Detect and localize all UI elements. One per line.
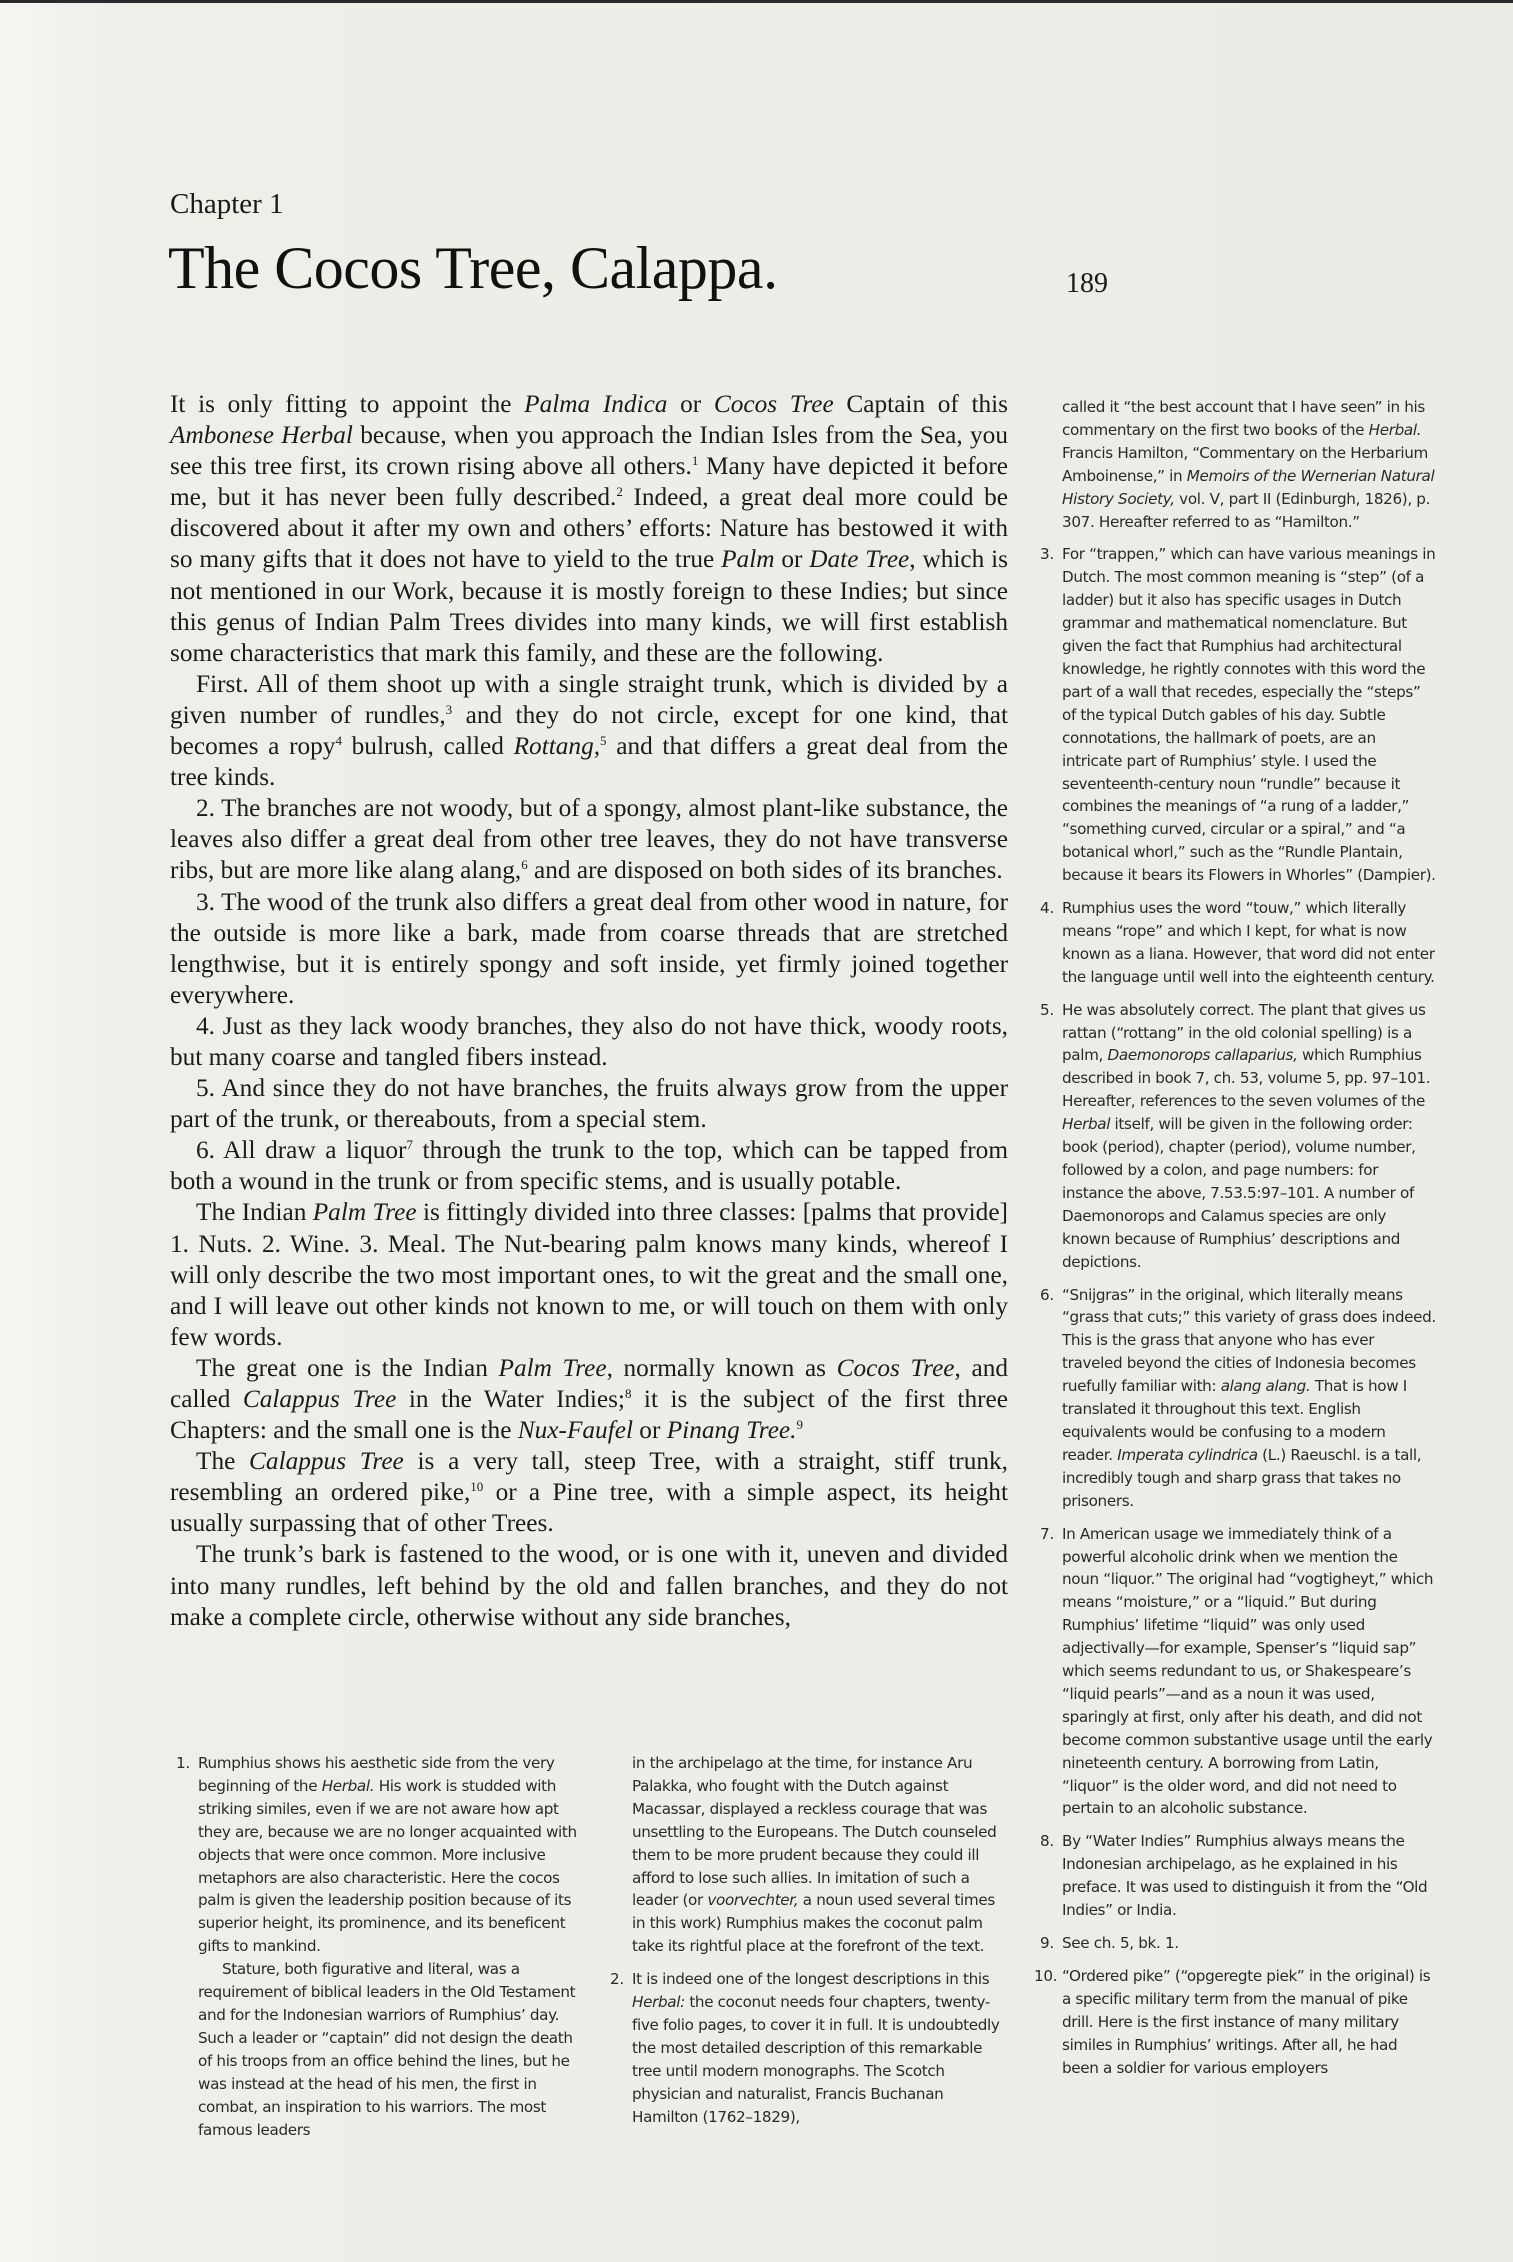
italic-term: Cocos Tree — [837, 1354, 955, 1382]
footnote-number: 6. — [1040, 1284, 1054, 1307]
text-run: Captain of this — [834, 390, 1008, 418]
footnote-number: 1. — [176, 1752, 190, 1775]
text-run: and are disposed on both sides of its br… — [528, 856, 1003, 884]
body-paragraph: 6. All draw a liquor7 through the trunk … — [170, 1135, 1008, 1197]
sidenote-column: called it “the best account that I have … — [1062, 396, 1436, 2089]
italic-term: Daemonorops callaparius, — [1108, 1046, 1298, 1064]
footnote-number: 10. — [1034, 1965, 1057, 1988]
footnote-paragraph: He was absolutely correct. The plant tha… — [1062, 999, 1436, 1274]
text-run: 5. And since they do not have branches, … — [170, 1074, 1008, 1133]
footnote: 9.See ch. 5, bk. 1. — [1062, 1932, 1436, 1955]
text-run: or — [775, 545, 810, 573]
italic-term: Cocos Tree — [714, 390, 834, 418]
italic-term: Herbal. — [1369, 421, 1422, 439]
footnote: 7.In American usage we immediately think… — [1062, 1523, 1436, 1821]
text-run: , normally known as — [607, 1354, 837, 1382]
italic-term: Nux-Faufel — [518, 1416, 633, 1444]
text-run: 6. All draw a liquor — [196, 1136, 406, 1164]
footnote-paragraph: in the archipelago at the time, for inst… — [632, 1752, 1012, 1958]
page-top-edge — [0, 0, 1513, 3]
italic-term: Palm Tree — [499, 1354, 607, 1382]
footnote-number: 3. — [1040, 543, 1054, 566]
body-paragraph: The trunk’s bark is fastened to the wood… — [170, 1539, 1008, 1632]
footnote-paragraph: “Ordered pike” (“opgeregte piek” in the … — [1062, 1965, 1436, 2080]
body-paragraph: The Indian Palm Tree is fittingly divide… — [170, 1197, 1008, 1352]
footnote-reference[interactable]: 9 — [796, 1417, 803, 1432]
text-run: in the archipelago at the time, for inst… — [632, 1754, 996, 1909]
text-run: The — [196, 1447, 249, 1475]
body-paragraph: First. All of them shoot up with a singl… — [170, 669, 1008, 793]
text-run: The Indian — [196, 1198, 313, 1226]
footnote: called it “the best account that I have … — [1062, 396, 1436, 533]
footnote-paragraph: By “Water Indies” Rumphius always means … — [1062, 1830, 1436, 1922]
italic-term: Palm — [721, 545, 774, 573]
text-run: His work is stud­ded with striking simil… — [198, 1777, 577, 1955]
footnote-number: 9. — [1040, 1932, 1054, 1955]
footnote: 6.“Snijgras” in the original, which lite… — [1062, 1284, 1436, 1513]
footnote-paragraph: Stature, both figurative and literal, wa… — [198, 1958, 580, 2141]
footnote-number: 5. — [1040, 999, 1054, 1022]
footnote: in the archipelago at the time, for inst… — [632, 1752, 1012, 1958]
text-run: By “Water Indies” Rumphius always means … — [1062, 1832, 1427, 1919]
footnotes-column-middle: in the archipelago at the time, for inst… — [632, 1752, 1012, 2139]
text-run: The trunk’s bark is fastened to the wood… — [170, 1540, 1008, 1630]
text-run: 4. Just as they lack woody branches, the… — [170, 1012, 1008, 1071]
footnote-paragraph: called it “the best account that I have … — [1062, 396, 1436, 533]
body-paragraph: The Calappus Tree is a very tall, steep … — [170, 1446, 1008, 1539]
text-run: The great one is the Indian — [196, 1354, 499, 1382]
body-paragraph: 5. And since they do not have branches, … — [170, 1073, 1008, 1135]
italic-term: Palma Indica — [524, 390, 667, 418]
footnote: 10.“Ordered pike” (“opgeregte piek” in t… — [1062, 1965, 1436, 2080]
page-number: 189 — [1066, 268, 1108, 300]
italic-term: Rottang, — [514, 732, 600, 760]
italic-term: Date Tree — [809, 545, 909, 573]
footnote-paragraph: Rumphius shows his aesthetic side from t… — [198, 1752, 580, 1958]
body-paragraph: It is only fitting to appoint the Palma … — [170, 389, 1008, 669]
italic-term: Herbal — [1062, 1115, 1110, 1133]
footnote-paragraph: It is indeed one of the longest descript… — [632, 1968, 1012, 2128]
footnote-paragraph: See ch. 5, bk. 1. — [1062, 1932, 1436, 1955]
italic-term: alang alang. — [1221, 1377, 1311, 1395]
chapter-label: Chapter 1 — [170, 188, 284, 221]
italic-term: Calappus Tree — [243, 1385, 397, 1413]
text-run: It is only fitting to appoint the — [170, 390, 524, 418]
footnote: 8.By “Water Indies” Rumphius always mean… — [1062, 1830, 1436, 1922]
text-run: See ch. 5, bk. 1. — [1062, 1934, 1179, 1952]
text-run: “Ordered pike” (“opgeregte piek” in the … — [1062, 1967, 1430, 2077]
main-body-text: It is only fitting to appoint the Palma … — [170, 389, 1008, 1633]
footnote: 1.Rumphius shows his aesthetic side from… — [198, 1752, 580, 2141]
footnotes-column-left: 1.Rumphius shows his aesthetic side from… — [198, 1752, 580, 2151]
footnote-paragraph: For “trappen,” which can have various me… — [1062, 543, 1436, 887]
text-run: In American usage we immediately think o… — [1062, 1525, 1433, 1818]
body-paragraph: 2. The branches are not woody, but of a … — [170, 793, 1008, 886]
italic-term: Herbal: — [632, 1993, 685, 2011]
body-paragraph: 4. Just as they lack woody branches, the… — [170, 1011, 1008, 1073]
italic-term: Imperata cylindrica — [1117, 1446, 1257, 1464]
text-run: For “trappen,” which can have various me… — [1062, 545, 1436, 884]
footnote: 3.For “trappen,” which can have various … — [1062, 543, 1436, 887]
footnote-number: 2. — [610, 1968, 624, 1991]
footnote-reference[interactable]: 10 — [470, 1479, 483, 1494]
italic-term: Herbal. — [322, 1777, 375, 1795]
italic-term: Palm Tree — [313, 1198, 417, 1226]
footnote-paragraph: In American usage we immediately think o… — [1062, 1523, 1436, 1821]
italic-term: Ambonese Herbal — [170, 421, 353, 449]
text-run: itself, will be given in the following o… — [1062, 1115, 1416, 1270]
footnote: 2.It is indeed one of the longest descri… — [632, 1968, 1012, 2128]
text-run: or — [667, 390, 713, 418]
text-run: 3. The wood of the trunk also differs a … — [170, 888, 1008, 1009]
chapter-title: The Cocos Tree, Calappa. — [168, 234, 778, 303]
text-run: Rumphius uses the word “touw,” which lit… — [1062, 899, 1435, 986]
text-run: It is indeed one of the longest descript… — [632, 1970, 989, 1988]
text-run: bulrush, called — [342, 732, 514, 760]
italic-term: voorvechter, — [707, 1891, 798, 1909]
footnote-number: 7. — [1040, 1523, 1054, 1546]
text-run: Stature, both figurative and literal, wa… — [198, 1960, 575, 2138]
footnote: 4.Rumphius uses the word “touw,” which l… — [1062, 897, 1436, 989]
footnote-number: 4. — [1040, 897, 1054, 920]
footnote: 5.He was absolutely correct. The plant t… — [1062, 999, 1436, 1274]
text-run: in the Water Indies; — [396, 1385, 625, 1413]
text-run: the coconut needs four chapters, twenty-… — [632, 1993, 1000, 2126]
footnote-number: 8. — [1040, 1830, 1054, 1853]
italic-term: Pinang Tree. — [667, 1416, 797, 1444]
italic-term: Calappus Tree — [249, 1447, 404, 1475]
footnote-paragraph: “Snijgras” in the original, which litera… — [1062, 1284, 1436, 1513]
body-paragraph: 3. The wood of the trunk also differs a … — [170, 887, 1008, 1011]
footnote-paragraph: Rumphius uses the word “touw,” which lit… — [1062, 897, 1436, 989]
body-paragraph: The great one is the Indian Palm Tree, n… — [170, 1353, 1008, 1446]
text-run: or — [633, 1416, 667, 1444]
